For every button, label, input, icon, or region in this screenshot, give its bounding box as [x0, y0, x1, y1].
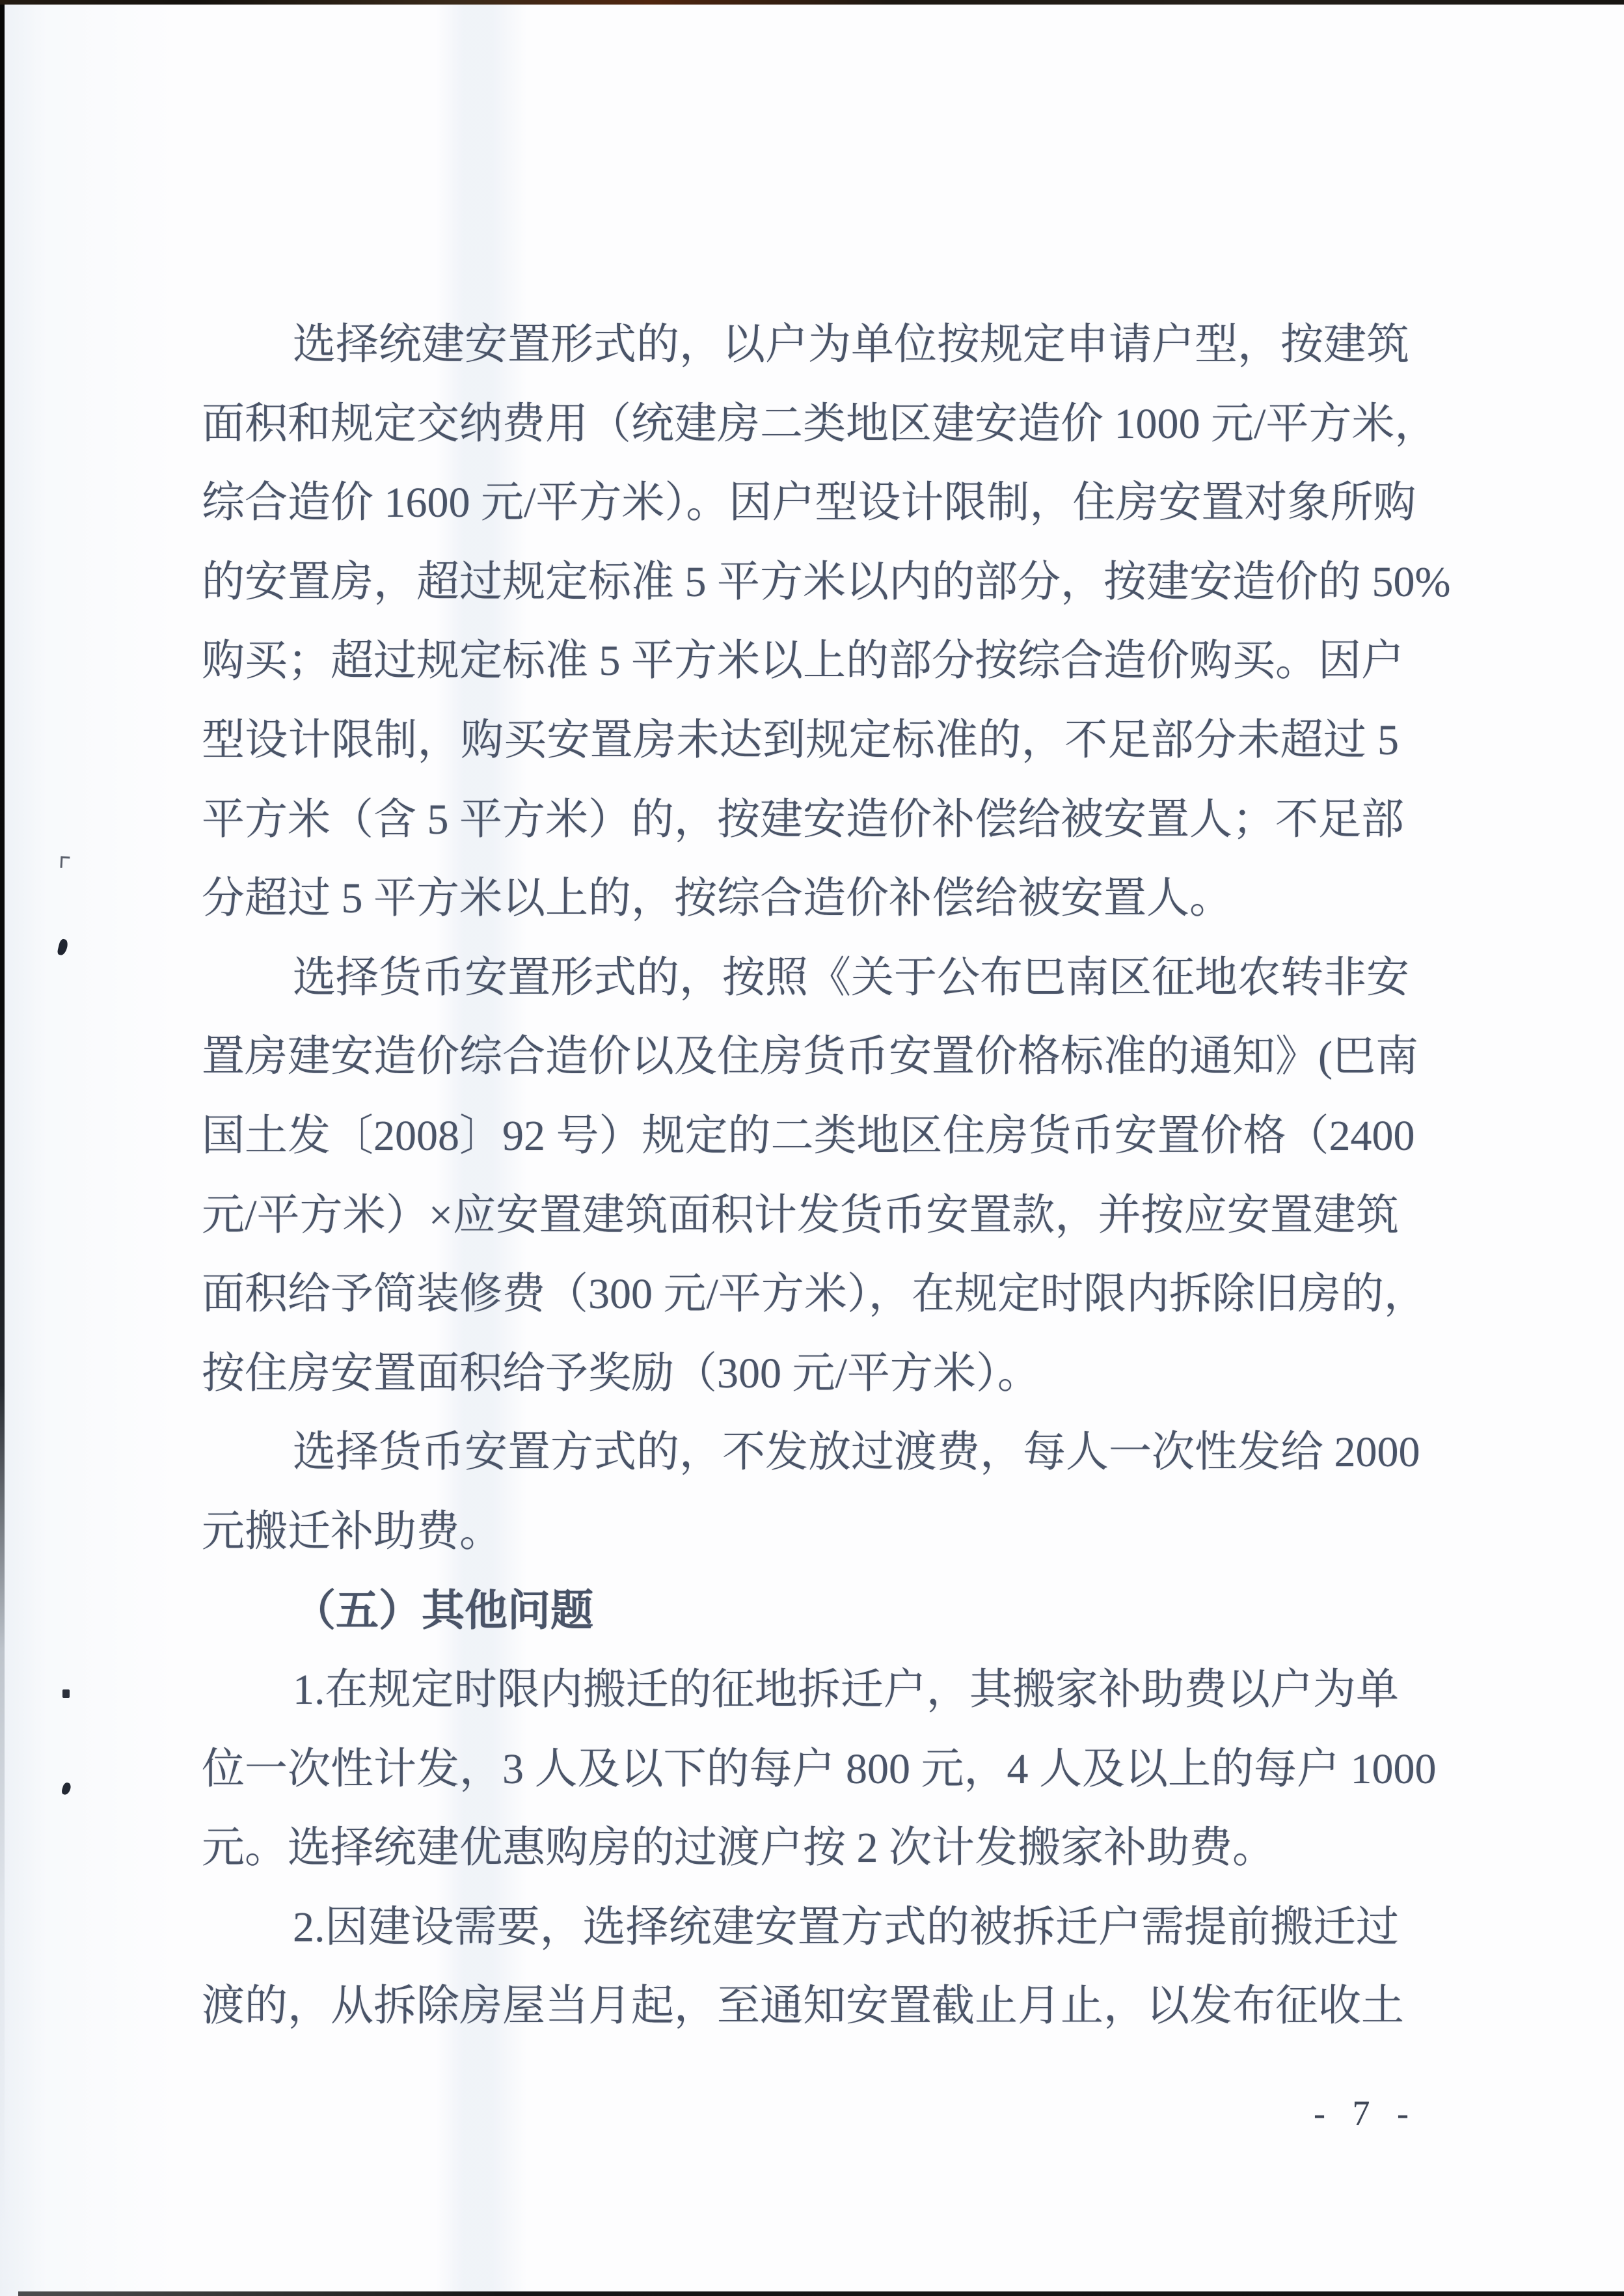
doc-line: 的安置房，超过规定标准 5 平方米以内的部分，按建安造价的 50% [202, 543, 1399, 622]
scan-edge-top [0, 0, 1624, 5]
doc-line: 购买；超过规定标准 5 平方米以上的部分按综合造价购买。因户 [202, 622, 1399, 701]
scanned-document-page: 选择统建安置形式的，以户为单位按规定申请户型，按建筑 面积和规定交纳费用（统建房… [0, 0, 1624, 2296]
doc-line: 平方米（含 5 平方米）的，按建安造价补偿给被安置人；不足部 [202, 780, 1399, 860]
doc-line: 综合造价 1600 元/平方米）。因户型设计限制，住房安置对象所购 [202, 463, 1399, 543]
page-number: - 7 - [1292, 2090, 1435, 2136]
doc-line: 元/平方米）×应安置建筑面积计发货币安置款，并按应安置建筑 [202, 1176, 1399, 1255]
doc-line: 置房建安造价综合造价以及住房货币安置价格标准的通知》(巴南 [202, 1017, 1399, 1097]
doc-section-heading: （五）其他问题 [202, 1572, 592, 1651]
doc-line: 分超过 5 平方米以上的，按综合造价补偿给被安置人。 [202, 859, 1191, 938]
doc-line: 2.因建设需要，选择统建安置方式的被拆迁户需提前搬迁过 [202, 1888, 1399, 1967]
doc-line: 1.在规定时限内搬迁的征地拆迁户，其搬家补助费以户为单 [202, 1650, 1399, 1730]
doc-line: 元。选择统建优惠购房的过渡户按 2 次计发搬家补助费。 [202, 1809, 1269, 1888]
doc-line: 国土发〔2008〕92 号）规定的二类地区住房货币安置价格（2400 [202, 1097, 1399, 1176]
scan-speck [57, 938, 69, 956]
doc-line: 面积和规定交纳费用（统建房二类地区建安造价 1000 元/平方米， [202, 385, 1399, 464]
doc-line: 渡的，从拆除房屋当月起，至通知安置截止月止，以发布征收土 [202, 1967, 1399, 2046]
scan-speck [61, 856, 70, 869]
doc-line: 型设计限制，购买安置房未达到规定标准的，不足部分未超过 5 [202, 701, 1399, 780]
doc-line: 选择货币安置形式的，按照《关于公布巴南区征地农转非安 [202, 938, 1399, 1018]
doc-line: 选择货币安置方式的，不发放过渡费，每人一次性发给 2000 [202, 1413, 1399, 1492]
doc-line: 位一次性计发，3 人及以下的每户 800 元，4 人及以上的每户 1000 [202, 1730, 1399, 1809]
document-text-block: 选择统建安置形式的，以户为单位按规定申请户型，按建筑 面积和规定交纳费用（统建房… [202, 305, 1399, 2046]
doc-line: 选择统建安置形式的，以户为单位按规定申请户型，按建筑 [202, 305, 1399, 385]
scan-speck [61, 1782, 72, 1796]
scan-edge-left [0, 5, 5, 2230]
doc-line: 元搬迁补助费。 [202, 1492, 491, 1572]
doc-line: 按住房安置面积给予奖励（300 元/平方米）。 [202, 1334, 1008, 1414]
scan-edge-bottom [18, 2291, 1624, 2296]
doc-line: 面积给予简装修费（300 元/平方米），在规定时限内拆除旧房的， [202, 1255, 1399, 1334]
scan-speck [62, 1689, 70, 1698]
